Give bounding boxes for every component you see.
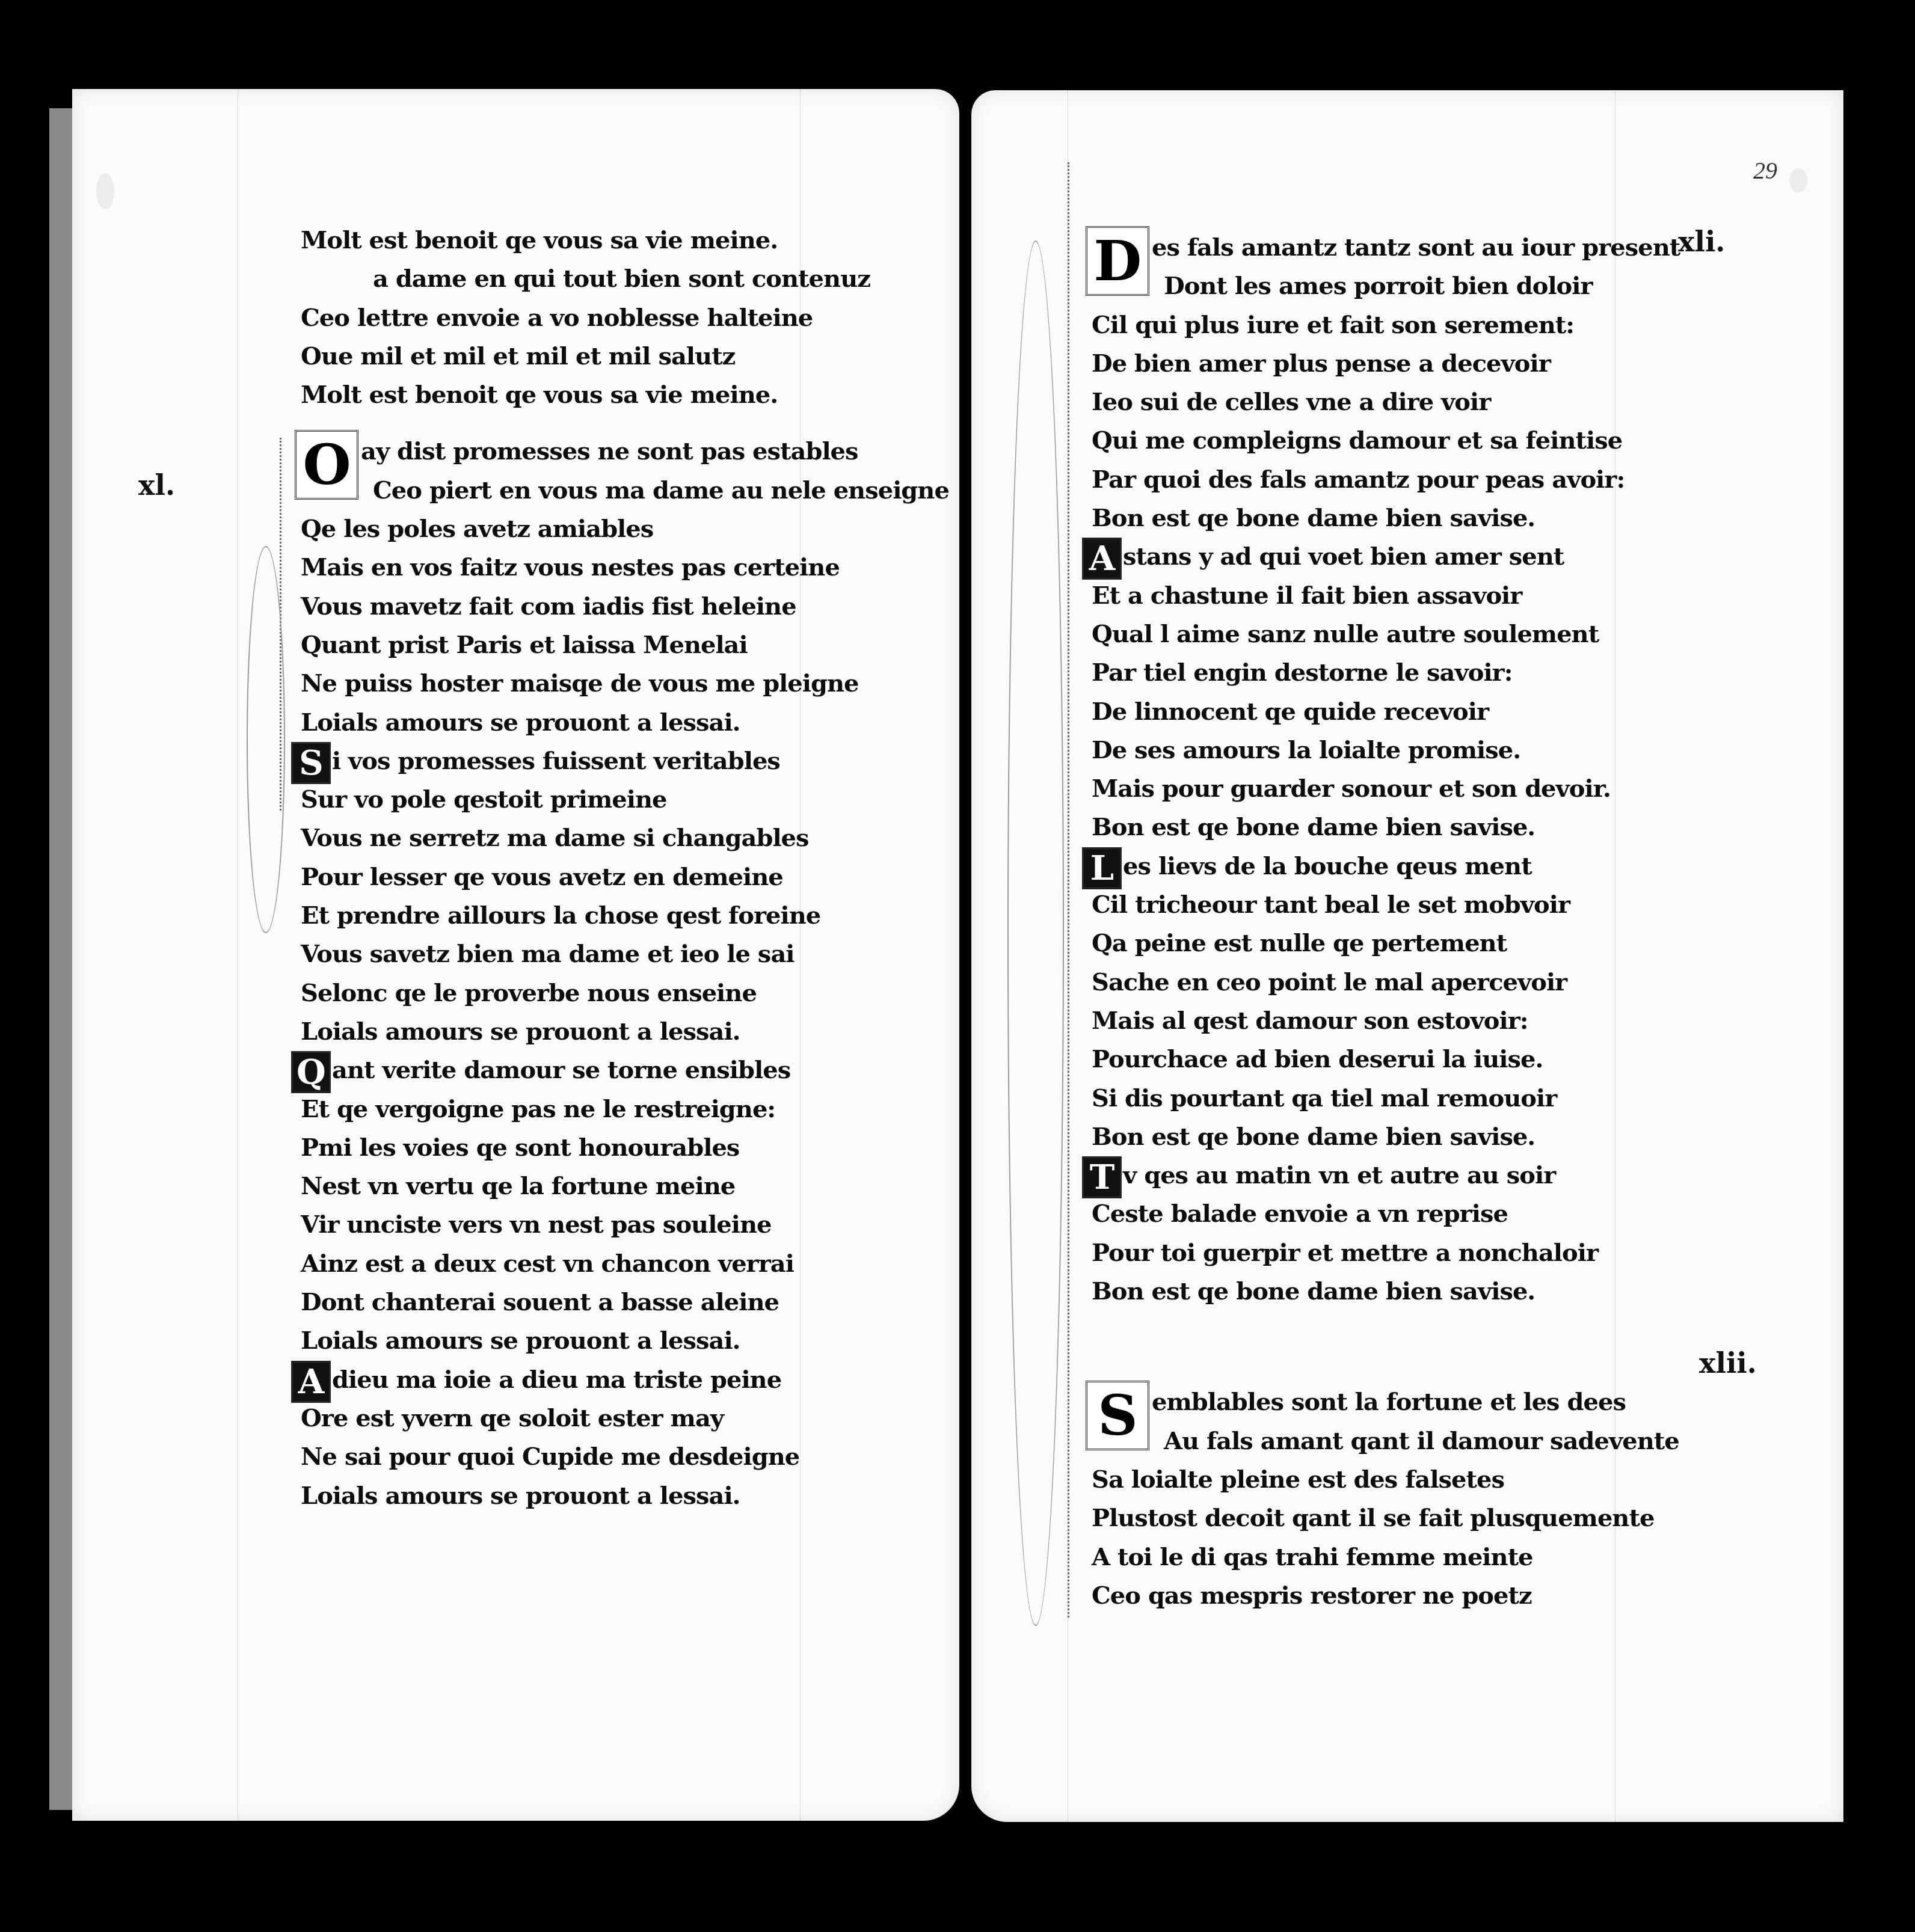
- stain: [96, 173, 114, 209]
- verse-text: Ne puiss hoster maisqe de vous me pleign…: [301, 669, 858, 698]
- verse-line: Plustost decoit qant il se fait plusquem…: [1092, 1499, 1753, 1538]
- verse-line: Ceste balade envoie a vn reprise: [1092, 1195, 1753, 1233]
- verse-line: Pour toi guerpir et mettre a nonchaloir: [1092, 1234, 1753, 1272]
- verse-line: Bon est qe bone dame bien savise.: [1092, 499, 1753, 538]
- verse-text: Qa peine est nulle qe pertement: [1092, 929, 1507, 957]
- right-page: 29 xli. xlii. Des fals amantz tantz sont…: [971, 90, 1843, 1822]
- decorated-initial: A: [291, 1361, 331, 1403]
- verse-line: Pour lesser qe vous avetz en demeine: [301, 858, 962, 897]
- verse-line-with-initial: Si vos promesses fuissent veritables: [301, 742, 962, 780]
- verse-text: De bien amer plus pense a decevoir: [1092, 349, 1551, 378]
- ruling-line: [238, 89, 238, 1821]
- verse-text: es lievs de la bouche qeus ment: [1123, 852, 1532, 880]
- verse-text: Si dis pourtant qa tiel mal remouoir: [1092, 1084, 1557, 1112]
- verse-line-with-initial: Les lievs de la bouche qeus ment: [1092, 847, 1753, 886]
- verse-text: Oue mil et mil et mil et mil salutz: [301, 342, 735, 370]
- verse-line: Molt est benoit qe vous sa vie meine.: [301, 376, 962, 414]
- verse-line: Selonc qe le proverbe nous enseine: [301, 974, 962, 1013]
- verse-line: Ne puiss hoster maisqe de vous me pleign…: [301, 664, 962, 703]
- verse-line-with-initial: Astans y ad qui voet bien amer sent: [1092, 538, 1753, 576]
- verse-line: Vir unciste vers vn nest pas souleine: [301, 1206, 962, 1244]
- verse-line: Qual l aime sanz nulle autre soulement: [1092, 615, 1753, 654]
- verse-text: Loials amours se prouont a lessai.: [301, 1482, 740, 1510]
- verse-text: dieu ma ioie a dieu ma triste peine: [332, 1366, 781, 1394]
- verse-line: Par tiel engin destorne le savoir:: [1092, 654, 1753, 692]
- verse-line: Oue mil et mil et mil et mil salutz: [301, 337, 962, 376]
- verse-text: Pour lesser qe vous avetz en demeine: [301, 863, 783, 891]
- verse-line: Par quoi des fals amantz pour peas avoir…: [1092, 461, 1753, 499]
- verse-line: Sa loialte pleine est des falsetes: [1092, 1461, 1753, 1499]
- verse-line: Mais al qest damour son estovoir:: [1092, 1002, 1753, 1040]
- verse-text: Mais al qest damour son estovoir:: [1092, 1007, 1528, 1035]
- verse-line: Si dis pourtant qa tiel mal remouoir: [1092, 1079, 1753, 1118]
- verse-line: Molt est benoit qe vous sa vie meine.: [301, 221, 962, 260]
- pen-flourish: [247, 546, 285, 933]
- verse-text: ay dist promesses ne sont pas estables: [361, 437, 858, 465]
- verse-text: Et prendre aillours la chose qest forein…: [301, 901, 820, 930]
- verse-text: Selonc qe le proverbe nous enseine: [301, 979, 757, 1007]
- verse-line: Vous savetz bien ma dame et ieo le sai: [301, 935, 962, 974]
- verse-text: De linnocent qe quide recevoir: [1092, 698, 1489, 726]
- verse-text: Ceo piert en vous ma dame au nele enseig…: [373, 476, 949, 504]
- verse-text: v qes au matin vn et autre au soir: [1123, 1161, 1555, 1189]
- verse-line: Et a chastune il fait bien assavoir: [1092, 577, 1753, 615]
- verse-text: Ceo qas mespris restorer ne poetz: [1092, 1581, 1532, 1610]
- verse-line: Vous ne serretz ma dame si changables: [301, 819, 962, 857]
- verse-line: Au fals amant qant il damour sadevente: [1092, 1422, 1753, 1461]
- verse-text: Bon est qe bone dame bien savise.: [1092, 813, 1535, 841]
- verse-text: De ses amours la loialte promise.: [1092, 736, 1520, 764]
- verse-text: Pour toi guerpir et mettre a nonchaloir: [1092, 1239, 1598, 1267]
- verse-line: Ceo piert en vous ma dame au nele enseig…: [301, 471, 962, 510]
- verse-line-with-initial: Qant verite damour se torne ensibles: [301, 1051, 962, 1090]
- verse-line: Quant prist Paris et laissa Menelai: [301, 626, 962, 664]
- verse-text: Sache en ceo point le mal apercevoir: [1092, 968, 1567, 996]
- verse-text: Loials amours se prouont a lessai.: [301, 1326, 740, 1355]
- verse-text: Bon est qe bone dame bien savise.: [1092, 1277, 1535, 1305]
- verse-line: Pourchace ad bien deserui la iuise.: [1092, 1040, 1753, 1079]
- verse-line: Dont les ames porroit bien doloir: [1092, 267, 1753, 305]
- verse-text: emblables sont la fortune et les dees: [1152, 1388, 1626, 1416]
- verse-line: A toi le di qas trahi femme meinte: [1092, 1538, 1753, 1577]
- verse-line-with-initial: Adieu ma ioie a dieu ma triste peine: [301, 1361, 962, 1399]
- verse-text: Molt est benoit qe vous sa vie meine.: [301, 226, 778, 254]
- verse-line: Cil tricheour tant beal le set mobvoir: [1092, 886, 1753, 924]
- verse-text: Vous ne serretz ma dame si changables: [301, 824, 809, 852]
- verse-text: a dame en qui tout bien sont contenuz: [373, 265, 870, 293]
- verse-text: Par quoi des fals amantz pour peas avoir…: [1092, 465, 1625, 494]
- verse-line: Ne sai pour quoi Cupide me desdeigne: [301, 1438, 962, 1476]
- verse-text: Bon est qe bone dame bien savise.: [1092, 504, 1535, 532]
- verse-line: Ieo sui de celles vne a dire voir: [1092, 383, 1753, 422]
- verse-text: Nest vn vertu qe la fortune meine: [301, 1172, 735, 1200]
- verse-text: Loials amours se prouont a lessai.: [301, 1017, 740, 1046]
- verse-line: Loials amours se prouont a lessai.: [301, 1013, 962, 1051]
- verse-text: Vir unciste vers vn nest pas souleine: [301, 1210, 772, 1239]
- verse-line: De ses amours la loialte promise.: [1092, 731, 1753, 770]
- verse-line: Loials amours se prouont a lessai.: [301, 1477, 962, 1515]
- verse-line-with-initial: Oay dist promesses ne sont pas estables: [301, 432, 962, 471]
- verse-line: Et prendre aillours la chose qest forein…: [301, 897, 962, 935]
- verse-text: ant verite damour se torne ensibles: [332, 1056, 790, 1084]
- verse-text: Plustost decoit qant il se fait plusquem…: [1092, 1504, 1654, 1532]
- decorated-initial: A: [1082, 538, 1122, 580]
- verse-line: Qa peine est nulle qe pertement: [1092, 924, 1753, 963]
- decorated-initial: L: [1082, 847, 1122, 889]
- verse-text: Bon est qe bone dame bien savise.: [1092, 1123, 1535, 1151]
- verse-line: Ceo lettre envoie a vo noblesse halteine: [301, 299, 962, 337]
- stain: [1789, 168, 1807, 192]
- verse-line: Cil qui plus iure et fait son serement:: [1092, 306, 1753, 345]
- verse-text: Qual l aime sanz nulle autre soulement: [1092, 620, 1599, 648]
- verse-line: Pmi les voies qe sont honourables: [301, 1129, 962, 1167]
- verse-text: Ceo lettre envoie a vo noblesse halteine: [301, 304, 813, 332]
- verse-text: Qe les poles avetz amiables: [301, 515, 653, 543]
- folio-number: 29: [1753, 156, 1777, 185]
- verse-line: Vous mavetz fait com iadis fist heleine: [301, 587, 962, 626]
- verse-text: Dont chanterai souent a basse aleine: [301, 1288, 779, 1316]
- verse-text: Quant prist Paris et laissa Menelai: [301, 631, 748, 659]
- verse-text: Mais en vos faitz vous nestes pas certei…: [301, 553, 840, 581]
- verse-text: stans y ad qui voet bien amer sent: [1123, 542, 1564, 571]
- verse-text: A toi le di qas trahi femme meinte: [1092, 1543, 1533, 1571]
- decorated-initial: Q: [291, 1051, 331, 1093]
- verse-text: Sa loialte pleine est des falsetes: [1092, 1465, 1504, 1494]
- verse-line: Dont chanterai souent a basse aleine: [301, 1283, 962, 1322]
- verse-line-with-initial: Semblables sont la fortune et les dees: [1092, 1383, 1753, 1421]
- verse-text: Cil tricheour tant beal le set mobvoir: [1092, 891, 1570, 919]
- right-text-column: Des fals amantz tantz sont au iour prese…: [1092, 210, 1753, 1615]
- verse-line: [1092, 1311, 1753, 1365]
- verse-line: Bon est qe bone dame bien savise.: [1092, 808, 1753, 847]
- verse-text: Pourchace ad bien deserui la iuise.: [1092, 1045, 1543, 1073]
- verse-line: Ainz est a deux cest vn chancon verrai: [301, 1245, 962, 1283]
- verse-line: Sache en ceo point le mal apercevoir: [1092, 963, 1753, 1002]
- verse-line: De bien amer plus pense a decevoir: [1092, 345, 1753, 383]
- verse-text: Vous savetz bien ma dame et ieo le sai: [301, 940, 795, 968]
- decorated-initial: S: [291, 742, 331, 784]
- verse-line: Loials amours se prouont a lessai.: [301, 1322, 962, 1360]
- verse-line: Ore est yvern qe soloit ester may: [301, 1399, 962, 1438]
- verse-line: Bon est qe bone dame bien savise.: [1092, 1272, 1753, 1311]
- verse-text: Mais pour guarder sonour et son devoir.: [1092, 774, 1611, 803]
- verse-line: Qui me compleigns damour et sa feintise: [1092, 422, 1753, 460]
- left-page: xl. Molt est benoit qe vous sa vie meine…: [72, 89, 959, 1821]
- verse-text: Par tiel engin destorne le savoir:: [1092, 658, 1512, 687]
- verse-text: Vous mavetz fait com iadis fist heleine: [301, 592, 796, 621]
- verse-line: Bon est qe bone dame bien savise.: [1092, 1118, 1753, 1156]
- verse-line: a dame en qui tout bien sont contenuz: [301, 260, 962, 298]
- verse-text: Et a chastune il fait bien assavoir: [1092, 581, 1522, 610]
- left-text-column: Molt est benoit qe vous sa vie meine.a d…: [301, 221, 962, 1515]
- verse-text: es fals amantz tantz sont au iour presen…: [1152, 233, 1680, 262]
- verse-line: Mais en vos faitz vous nestes pas certei…: [301, 548, 962, 587]
- penwork-border: [1068, 162, 1078, 1618]
- verse-text: Pmi les voies qe sont honourables: [301, 1133, 739, 1162]
- verse-line: Et qe vergoigne pas ne le restreigne:: [301, 1090, 962, 1129]
- verse-text: Ne sai pour quoi Cupide me desdeigne: [301, 1443, 799, 1471]
- verse-text: Ainz est a deux cest vn chancon verrai: [301, 1250, 794, 1278]
- verse-line: Mais pour guarder sonour et son devoir.: [1092, 770, 1753, 808]
- verse-line: Nest vn vertu qe la fortune meine: [301, 1167, 962, 1206]
- verse-line: Qe les poles avetz amiables: [301, 510, 962, 548]
- verse-text: i vos promesses fuissent veritables: [332, 747, 780, 775]
- verse-text: Molt est benoit qe vous sa vie meine.: [301, 381, 778, 409]
- verse-text: Ieo sui de celles vne a dire voir: [1092, 388, 1490, 416]
- verse-text: Loials amours se prouont a lessai.: [301, 708, 740, 737]
- verse-line: De linnocent qe quide recevoir: [1092, 693, 1753, 731]
- verse-text: Cil qui plus iure et fait son serement:: [1092, 311, 1574, 339]
- verse-line: Ceo qas mespris restorer ne poetz: [1092, 1577, 1753, 1615]
- decorated-initial: T: [1082, 1156, 1122, 1198]
- pen-flourish: [1007, 241, 1064, 1626]
- verse-text: Qui me compleigns damour et sa feintise: [1092, 426, 1622, 455]
- verse-line-with-initial: Des fals amantz tantz sont au iour prese…: [1092, 228, 1753, 267]
- margin-note-numeral: xl.: [138, 469, 175, 501]
- verse-line: Loials amours se prouont a lessai.: [301, 704, 962, 742]
- verse-text: Sur vo pole qestoit primeine: [301, 785, 666, 814]
- verse-text: Au fals amant qant il damour sadevente: [1164, 1427, 1679, 1455]
- verse-line: Sur vo pole qestoit primeine: [301, 780, 962, 819]
- verse-text: Ore est yvern qe soloit ester may: [301, 1404, 724, 1432]
- verse-line-with-initial: Tv qes au matin vn et autre au soir: [1092, 1156, 1753, 1195]
- verse-text: Dont les ames porroit bien doloir: [1164, 272, 1593, 300]
- verse-text: Ceste balade envoie a vn reprise: [1092, 1200, 1508, 1228]
- verse-text: Et qe vergoigne pas ne le restreigne:: [301, 1095, 775, 1123]
